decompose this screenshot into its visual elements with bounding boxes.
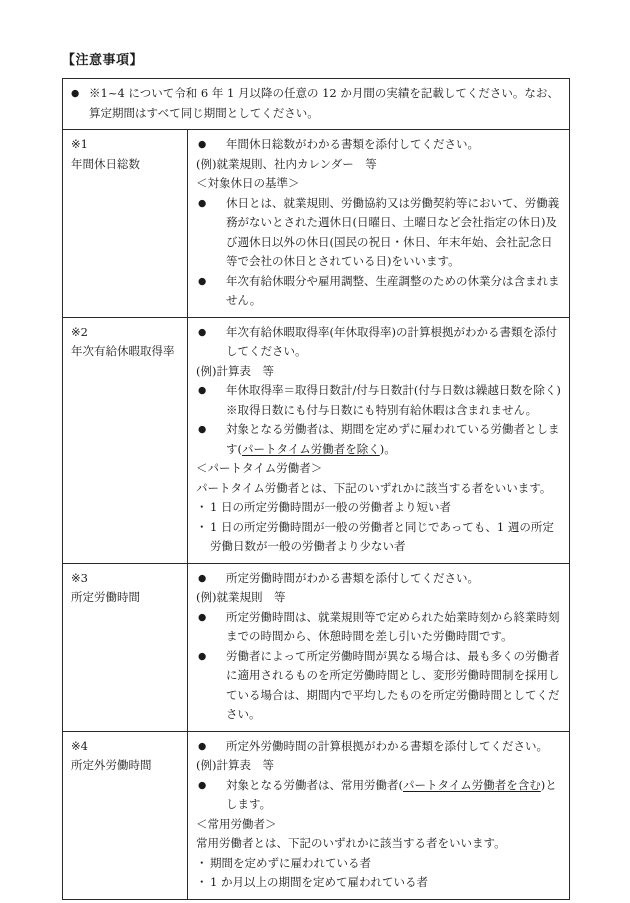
item-text: 年間休日総数がわかる書類を添付してください。 [226,137,479,151]
item-text: 1 か月以上の期間を定めて雇われている者 [210,875,428,889]
bullet-icon: ● [198,776,206,796]
row-ref: ※3 [71,569,179,589]
item-text: パートタイム労働者とは、下記のいずれかに該当する者をいいます。 [196,481,551,495]
bullet-icon: ● [198,135,206,155]
item-text: 年次有給休暇分や雇用調整、生産調整のための休業分は含まれません。 [226,274,560,308]
content-item-bullet: ●年休取得率＝取得日数計/付与日数計(付与日数は繰越日数を除く) [196,381,561,401]
item-text: 1 日の所定労働時間が一般の労働者と同じであっても、1 週の所定労働日数が一般の… [210,520,554,554]
notes-table: ● ※1~4 について令和 6 年 1 月以降の任意の 12 か月間の実績を記載… [62,78,570,900]
content-item-plain: (例)就業規則、社内カレンダー 等 [196,155,561,175]
content-item-plain: (例)計算表 等 [196,756,561,776]
row-label: 年間休日総数 [71,155,179,175]
content-item-plain: ＜対象休日の基準＞ [196,174,561,194]
rows-container: ● ※1~4 について令和 6 年 1 月以降の任意の 12 か月間の実績を記載… [63,79,570,900]
row-label-cell: ※2 年次有給休暇取得率 [63,317,188,563]
table-row: ※1 年間休日総数 ●年間休日総数がわかる書類を添付してください。(例)就業規則… [63,130,570,318]
content-item-dot: ・1 か月以上の期間を定めて雇われている者 [196,873,561,893]
content-item-plain: パートタイム労働者とは、下記のいずれかに該当する者をいいます。 [196,479,561,499]
bullet-icon: ● [198,194,206,214]
row-content-cell: ●所定労働時間がわかる書類を添付してください。(例)就業規則 等●所定労働時間は… [188,563,570,731]
content-item-bullet: ●年次有給休暇分や雇用調整、生産調整のための休業分は含まれません。 [196,272,561,311]
dot-marker-icon: ・ [196,518,208,538]
item-text: ＜常用労働者＞ [196,817,277,831]
content-item-dot: ・期間を定めずに雇われている者 [196,854,561,874]
item-text: (例)就業規則 等 [196,590,285,604]
item-text: 年次有給休暇取得率(年休取得率)の計算根拠がわかる書類を添付してください。 [226,325,557,359]
note-cell: ● ※1~4 について令和 6 年 1 月以降の任意の 12 か月間の実績を記載… [63,79,570,130]
row-label: 所定外労働時間 [71,756,179,776]
bullet-icon: ● [198,420,206,440]
content-item-plain: ＜パートタイム労働者＞ [196,459,561,479]
bullet-icon: ● [198,608,206,628]
item-text: (例)計算表 等 [196,364,274,378]
item-text: 対象となる労働者は、期間を定めずに雇われている労働者とします(パートタイム労働者… [226,422,560,456]
row-content-cell: ●年次有給休暇取得率(年休取得率)の計算根拠がわかる書類を添付してください。(例… [188,317,570,563]
document-page: 【注意事項】 ● ※1~4 について令和 6 年 1 月以降の任意の 12 か月… [0,0,630,903]
item-text: ※取得日数にも付与日数にも特別有給休暇は含まれません。 [226,403,537,417]
item-text: 常用労働者とは、下記のいずれかに該当する者をいいます。 [196,836,506,850]
bullet-icon: ● [198,737,206,757]
item-text: ＜パートタイム労働者＞ [196,461,322,475]
row-label-cell: ※4 所定外労働時間 [63,731,188,899]
row-label: 年次有給休暇取得率 [71,342,179,362]
item-text: 年休取得率＝取得日数計/付与日数計(付与日数は繰越日数を除く) [226,383,561,397]
bullet-icon: ● [198,323,206,343]
content-item-dot: ・1 日の所定労働時間が一般の労働者より短い者 [196,498,561,518]
row-ref: ※4 [71,737,179,757]
content-item-bullet: ●年次有給休暇取得率(年休取得率)の計算根拠がわかる書類を添付してください。 [196,323,561,362]
bullet-icon: ● [198,647,206,667]
bullet-icon: ● [71,84,79,104]
content-item-plain: (例)就業規則 等 [196,588,561,608]
row-label-cell: ※1 年間休日総数 [63,130,188,318]
item-text: 労働者によって所定労働時間が異なる場合は、最も多くの労働者に適用されるものを所定… [226,649,560,722]
content-item-bullet: ●所定労働時間は、就業規則等で定められた始業時刻から終業時刻までの時間から、休憩… [196,608,561,647]
content-item-plain: (例)計算表 等 [196,362,561,382]
content-item-plain: 常用労働者とは、下記のいずれかに該当する者をいいます。 [196,834,561,854]
item-text: ＜対象休日の基準＞ [196,176,300,190]
item-text: 休日とは、就業規則、労働協約又は労働契約等において、労働義務がないとされた週休日… [226,196,559,269]
dot-marker-icon: ・ [196,854,208,874]
row-ref: ※1 [71,135,179,155]
item-text: 期間を定めずに雇われている者 [210,856,371,870]
item-text: 所定労働時間がわかる書類を添付してください。 [226,571,479,585]
bullet-icon: ● [198,272,206,292]
note-item: ● ※1~4 について令和 6 年 1 月以降の任意の 12 か月間の実績を記載… [71,84,561,123]
bullet-icon: ● [198,569,206,589]
note-text: ※1~4 について令和 6 年 1 月以降の任意の 12 か月間の実績を記載して… [89,86,559,120]
content-item-bullet: ●対象となる労働者は、期間を定めずに雇われている労働者とします(パートタイム労働… [196,420,561,459]
content-item-bullet: ●年間休日総数がわかる書類を添付してください。 [196,135,561,155]
table-row: ※3 所定労働時間 ●所定労働時間がわかる書類を添付してください。(例)就業規則… [63,563,570,731]
note-row: ● ※1~4 について令和 6 年 1 月以降の任意の 12 か月間の実績を記載… [63,79,570,130]
content-item-plain: ＜常用労働者＞ [196,815,561,835]
content-item-bullet: ●対象となる労働者は、常用労働者(パートタイム労働者を含む)とします。 [196,776,561,815]
item-text: 対象となる労働者は、常用労働者(パートタイム労働者を含む)とします。 [226,778,557,812]
item-text: 所定労働時間は、就業規則等で定められた始業時刻から終業時刻までの時間から、休憩時… [226,610,560,644]
table-row: ※2 年次有給休暇取得率 ●年次有給休暇取得率(年休取得率)の計算根拠がわかる書… [63,317,570,563]
content-item-bullet: ●所定外労働時間の計算根拠がわかる書類を添付してください。 [196,737,561,757]
row-ref: ※2 [71,323,179,343]
item-text: (例)計算表 等 [196,758,274,772]
dot-marker-icon: ・ [196,498,208,518]
row-label: 所定労働時間 [71,588,179,608]
content-item-bullet: ●所定労働時間がわかる書類を添付してください。 [196,569,561,589]
item-text: (例)就業規則、社内カレンダー 等 [196,157,377,171]
content-item-bullet: ●労働者によって所定労働時間が異なる場合は、最も多くの労働者に適用されるものを所… [196,647,561,725]
bullet-icon: ● [198,381,206,401]
row-content-cell: ●年間休日総数がわかる書類を添付してください。(例)就業規則、社内カレンダー 等… [188,130,570,318]
page-title: 【注意事項】 [62,52,143,70]
row-content-cell: ●所定外労働時間の計算根拠がわかる書類を添付してください。(例)計算表 等●対象… [188,731,570,899]
content-item-dot: ・1 日の所定労働時間が一般の労働者と同じであっても、1 週の所定労働日数が一般… [196,518,561,557]
dot-marker-icon: ・ [196,873,208,893]
item-text: 1 日の所定労働時間が一般の労働者より短い者 [210,500,451,514]
table-row: ※4 所定外労働時間 ●所定外労働時間の計算根拠がわかる書類を添付してください。… [63,731,570,899]
item-text: 所定外労働時間の計算根拠がわかる書類を添付してください。 [226,739,548,753]
content-item-bullet: ●休日とは、就業規則、労働協約又は労働契約等において、労働義務がないとされた週休… [196,194,561,272]
row-label-cell: ※3 所定労働時間 [63,563,188,731]
content-item-sub: ※取得日数にも付与日数にも特別有給休暇は含まれません。 [196,401,561,421]
